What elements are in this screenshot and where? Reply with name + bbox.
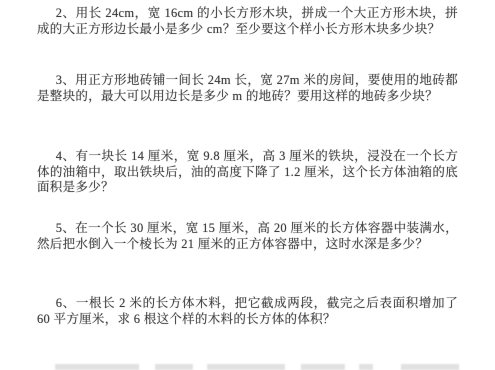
problem-6-text: 6、一根长 2 米的长方体木料，把它截成两段，截完之后表面积增加了 60 平方厘… bbox=[37, 296, 458, 327]
faded-text-fragment bbox=[55, 364, 139, 370]
faded-text-fragment bbox=[401, 364, 459, 370]
faded-text-fragment bbox=[155, 364, 193, 370]
faded-text-fragment bbox=[207, 364, 285, 370]
cutoff-text-line bbox=[55, 364, 460, 370]
problem-5-text: 5、在一个长 30 厘米，宽 15 厘米，高 20 厘米的长方体容器中装满水，然… bbox=[37, 221, 458, 252]
problem-2-text: 2、用长 24cm，宽 16cm 的小长方形木块，拼成一个大正方形木块，拼成的大… bbox=[37, 6, 458, 37]
problem-4-text: 4、有一块长 14 厘米，宽 9.8 厘米，高 3 厘米的铁块，浸没在一个长方体… bbox=[37, 149, 458, 196]
worksheet-page: 2、用长 24cm，宽 16cm 的小长方形木块，拼成一个大正方形木块，拼成的大… bbox=[0, 0, 495, 370]
problem-3-text: 3、用正方形地砖铺一间长 24m 长，宽 27m 米的房间，要使用的地砖都是整块… bbox=[37, 73, 458, 104]
faded-text-fragment bbox=[359, 364, 373, 370]
faded-text-fragment bbox=[301, 364, 345, 370]
